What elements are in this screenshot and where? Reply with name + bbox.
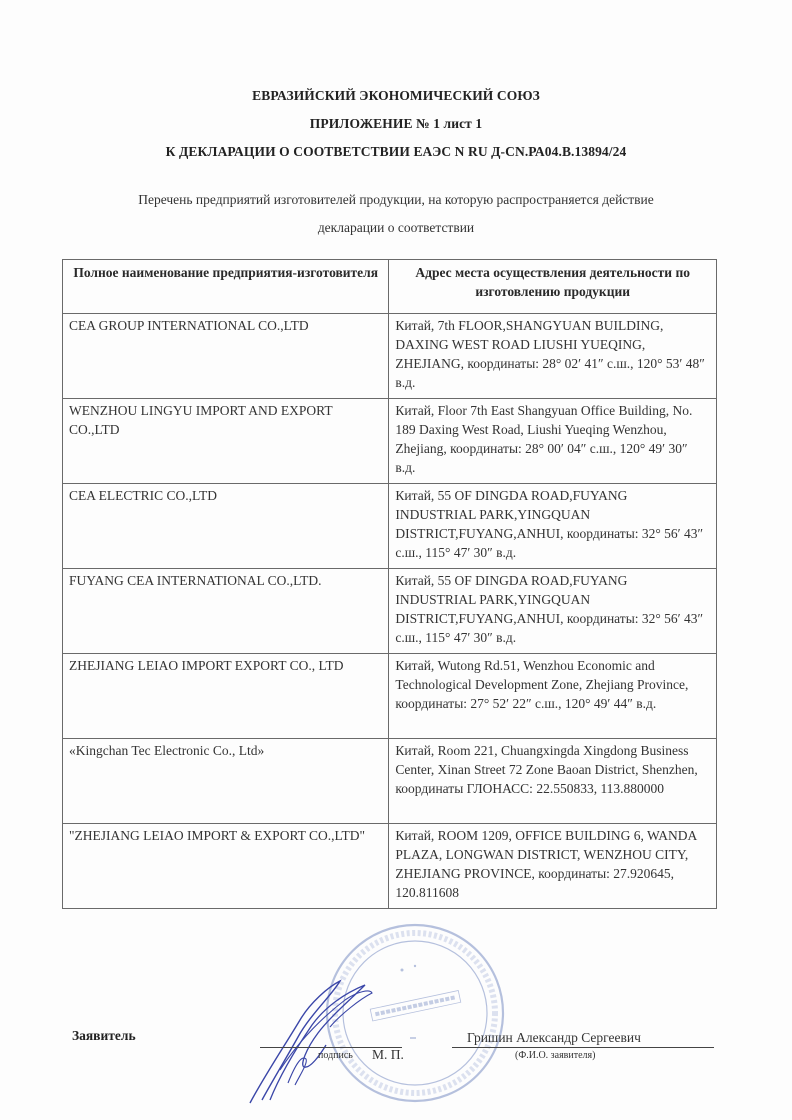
signature-caption: подпись (318, 1050, 353, 1061)
intro-line-2: декларации о соответствии (0, 220, 792, 236)
declaration-title: К ДЕКЛАРАЦИИ О СООТВЕТСТВИИ ЕАЭС N RU Д-… (0, 144, 792, 160)
manufacturer-name: ZHEJIANG LEIAO IMPORT EXPORT CO., LTD (63, 654, 389, 739)
union-title: ЕВРАЗИЙСКИЙ ЭКОНОМИЧЕСКИЙ СОЮЗ (0, 88, 792, 104)
table-row: ZHEJIANG LEIAO IMPORT EXPORT CO., LTD Ки… (63, 654, 717, 739)
applicant-label: Заявитель (72, 1028, 136, 1044)
name-caption: (Ф.И.О. заявителя) (515, 1050, 595, 1061)
manufacturer-name: "ZHEJIANG LEIAO IMPORT & EXPORT CO.,LTD" (63, 824, 389, 909)
manufacturer-address: Китай, Wutong Rd.51, Wenzhou Economic an… (389, 654, 717, 739)
applicant-name: Гришин Александр Сергеевич (467, 1030, 641, 1046)
table-row: "ZHEJIANG LEIAO IMPORT & EXPORT CO.,LTD"… (63, 824, 717, 909)
manufacturers-table: Полное наименование предприятия-изготови… (62, 259, 717, 909)
appendix-title: ПРИЛОЖЕНИЕ № 1 лист 1 (0, 116, 792, 132)
manufacturer-address: Китай, 7th FLOOR,SHANGYUAN BUILDING, DAX… (389, 314, 717, 399)
manufacturer-name: CEA GROUP INTERNATIONAL CO.,LTD (63, 314, 389, 399)
table-row: WENZHOU LINGYU IMPORT AND EXPORT CO.,LTD… (63, 399, 717, 484)
manufacturer-address: Китай, Room 221, Chuangxingda Xingdong B… (389, 739, 717, 824)
intro-line-1: Перечень предприятий изготовителей проду… (0, 192, 792, 208)
table-row: CEA ELECTRIC CO.,LTD Китай, 55 OF DINGDA… (63, 484, 717, 569)
table-row: CEA GROUP INTERNATIONAL CO.,LTD Китай, 7… (63, 314, 717, 399)
manufacturer-name: FUYANG CEA INTERNATIONAL CO.,LTD. (63, 569, 389, 654)
manufacturer-name: WENZHOU LINGYU IMPORT AND EXPORT CO.,LTD (63, 399, 389, 484)
table-row: FUYANG CEA INTERNATIONAL CO.,LTD. Китай,… (63, 569, 717, 654)
signature-icon (240, 975, 380, 1110)
manufacturer-address: Китай, 55 OF DINGDA ROAD,FUYANG INDUSTRI… (389, 484, 717, 569)
document-page: ЕВРАЗИЙСКИЙ ЭКОНОМИЧЕСКИЙ СОЮЗ ПРИЛОЖЕНИ… (0, 0, 792, 1120)
table-row: «Kingchan Tec Electronic Co., Ltd» Китай… (63, 739, 717, 824)
manufacturer-name: CEA ELECTRIC CO.,LTD (63, 484, 389, 569)
column-header-address: Адрес места осуществления деятельности п… (389, 260, 717, 314)
manufacturer-address: Китай, Floor 7th East Shangyuan Office B… (389, 399, 717, 484)
manufacturer-address: Китай, 55 OF DINGDA ROAD,FUYANG INDUSTRI… (389, 569, 717, 654)
table-header-row: Полное наименование предприятия-изготови… (63, 260, 717, 314)
manufacturer-address: Китай, ROOM 1209, OFFICE BUILDING 6, WAN… (389, 824, 717, 909)
manufacturer-name: «Kingchan Tec Electronic Co., Ltd» (63, 739, 389, 824)
seal-label: М. П. (372, 1047, 404, 1063)
name-line (452, 1047, 714, 1048)
column-header-name: Полное наименование предприятия-изготови… (63, 260, 389, 314)
